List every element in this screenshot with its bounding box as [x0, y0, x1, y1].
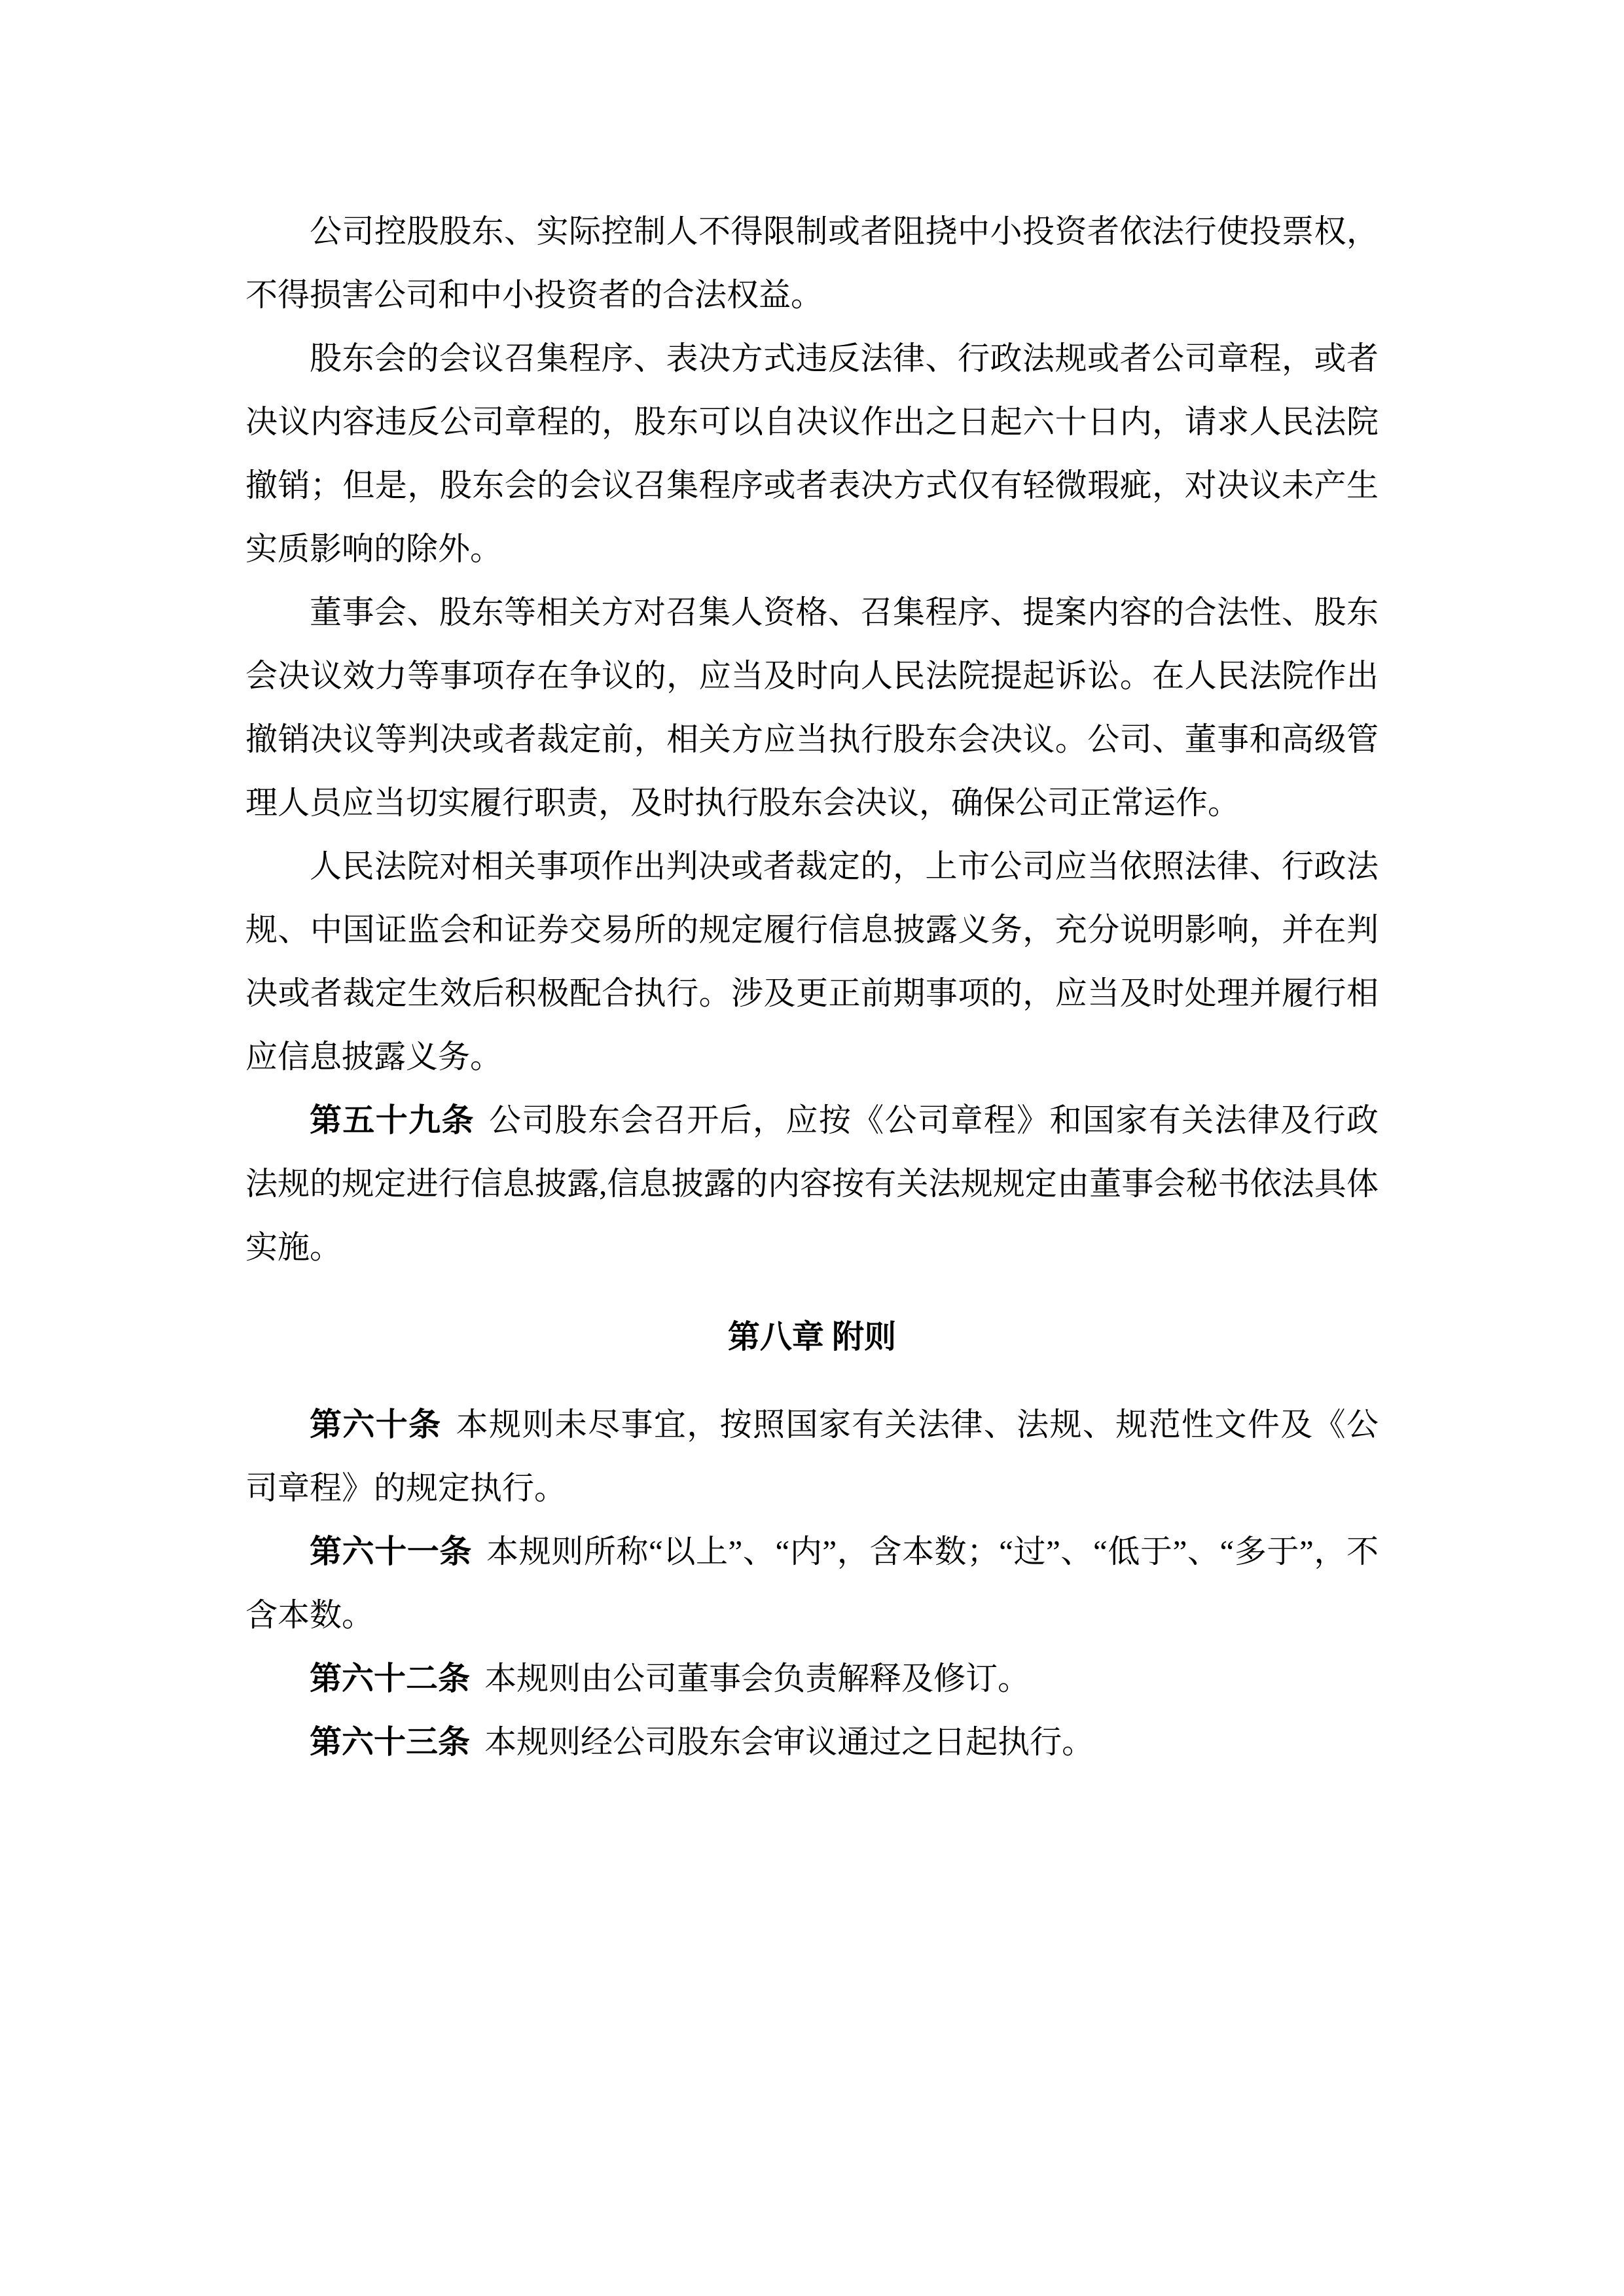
chapter-heading: 第八章 附则 [245, 1305, 1379, 1369]
article-number: 第六十三条 [310, 1724, 470, 1760]
paragraph-article-61: 第六十一条本规则所称“以上”、“内”，含本数；“过”、“低于”、“多于”，不含本… [245, 1520, 1379, 1647]
article-number: 第六十条 [310, 1407, 442, 1443]
paragraph-text: 公司控股股东、实际控制人不得限制或者阻挠中小投资者依法行使投票权，不得损害公司和… [245, 213, 1379, 313]
document-body: 公司控股股东、实际控制人不得限制或者阻挠中小投资者依法行使投票权，不得损害公司和… [245, 200, 1379, 1774]
document-page: 公司控股股东、实际控制人不得限制或者阻挠中小投资者依法行使投票权，不得损害公司和… [0, 0, 1624, 2296]
paragraph-text: 人民法院对相关事项作出判决或者裁定的，上市公司应当依照法律、行政法规、中国证监会… [245, 848, 1379, 1075]
paragraph-article-62: 第六十二条本规则由公司董事会负责解释及修订。 [245, 1647, 1379, 1710]
article-number: 第六十一条 [310, 1534, 472, 1570]
paragraph-text: 董事会、股东等相关方对召集人资格、召集程序、提案内容的合法性、股东会决议效力等事… [245, 594, 1379, 821]
article-number: 第六十二条 [310, 1660, 470, 1696]
paragraph-text: 股东会的会议召集程序、表决方式违反法律、行政法规或者公司章程，或者决议内容违反公… [245, 340, 1379, 567]
paragraph: 人民法院对相关事项作出判决或者裁定的，上市公司应当依照法律、行政法规、中国证监会… [245, 834, 1379, 1088]
article-number: 第五十九条 [310, 1102, 475, 1138]
paragraph-article-63: 第六十三条本规则经公司股东会审议通过之日起执行。 [245, 1710, 1379, 1774]
paragraph: 股东会的会议召集程序、表决方式违反法律、行政法规或者公司章程，或者决议内容违反公… [245, 327, 1379, 581]
paragraph: 公司控股股东、实际控制人不得限制或者阻挠中小投资者依法行使投票权，不得损害公司和… [245, 200, 1379, 327]
paragraph-article-59: 第五十九条公司股东会召开后，应按《公司章程》和国家有关法律及行政法规的规定进行信… [245, 1088, 1379, 1279]
paragraph-text: 本规则经公司股东会审议通过之日起执行。 [484, 1724, 1094, 1760]
paragraph-text: 本规则由公司董事会负责解释及修订。 [484, 1660, 1030, 1696]
paragraph-article-60: 第六十条本规则未尽事宜，按照国家有关法律、法规、规范性文件及《公司章程》的规定执… [245, 1393, 1379, 1520]
paragraph: 董事会、股东等相关方对召集人资格、召集程序、提案内容的合法性、股东会决议效力等事… [245, 581, 1379, 834]
